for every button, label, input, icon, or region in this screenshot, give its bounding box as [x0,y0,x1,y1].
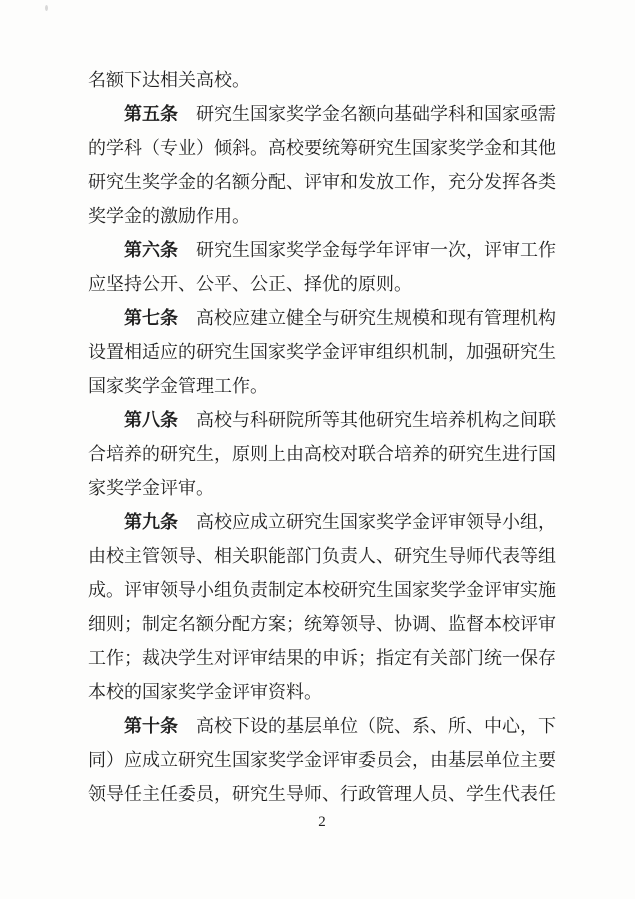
paragraph: 第七条 高校应建立健全与研究生规模和现有管理机构设置相适应的研究生国家奖学金评审… [88,301,556,403]
paragraph: 第八条 高校与科研院所等其他研究生培养机构之间联合培养的研究生，原则上由高校对联… [88,403,556,505]
paragraph: 名额下达相关高校。 [88,63,556,97]
paragraph-text: 名额下达相关高校。 [88,70,250,90]
paragraph: 第九条 高校应成立研究生国家奖学金评审领导小组，由校主管领导、相关职能部门负责人… [88,505,556,709]
article-label: 第七条 [124,308,178,328]
article-label: 第五条 [124,104,178,124]
document-text-body: 名额下达相关高校。第五条 研究生国家奖学金名额向基础学科和国家亟需的学科（专业）… [88,63,556,811]
paragraph: 第十条 高校下设的基层单位（院、系、所、中心，下同）应成立研究生国家奖学金评审委… [88,709,556,811]
page-number: 2 [88,812,556,832]
article-label: 第九条 [124,512,178,532]
scan-artifact [45,5,48,11]
article-label: 第十条 [124,716,178,736]
article-label: 第六条 [124,240,178,260]
paragraph: 第六条 研究生国家奖学金每学年评审一次，评审工作应坚持公开、公平、公正、择优的原… [88,233,556,301]
paragraph: 第五条 研究生国家奖学金名额向基础学科和国家亟需的学科（专业）倾斜。高校要统筹研… [88,97,556,233]
document-page: 名额下达相关高校。第五条 研究生国家奖学金名额向基础学科和国家亟需的学科（专业）… [0,0,635,899]
paragraph-text: 高校应成立研究生国家奖学金评审领导小组，由校主管领导、相关职能部门负责人、研究生… [88,512,556,702]
article-label: 第八条 [124,410,178,430]
